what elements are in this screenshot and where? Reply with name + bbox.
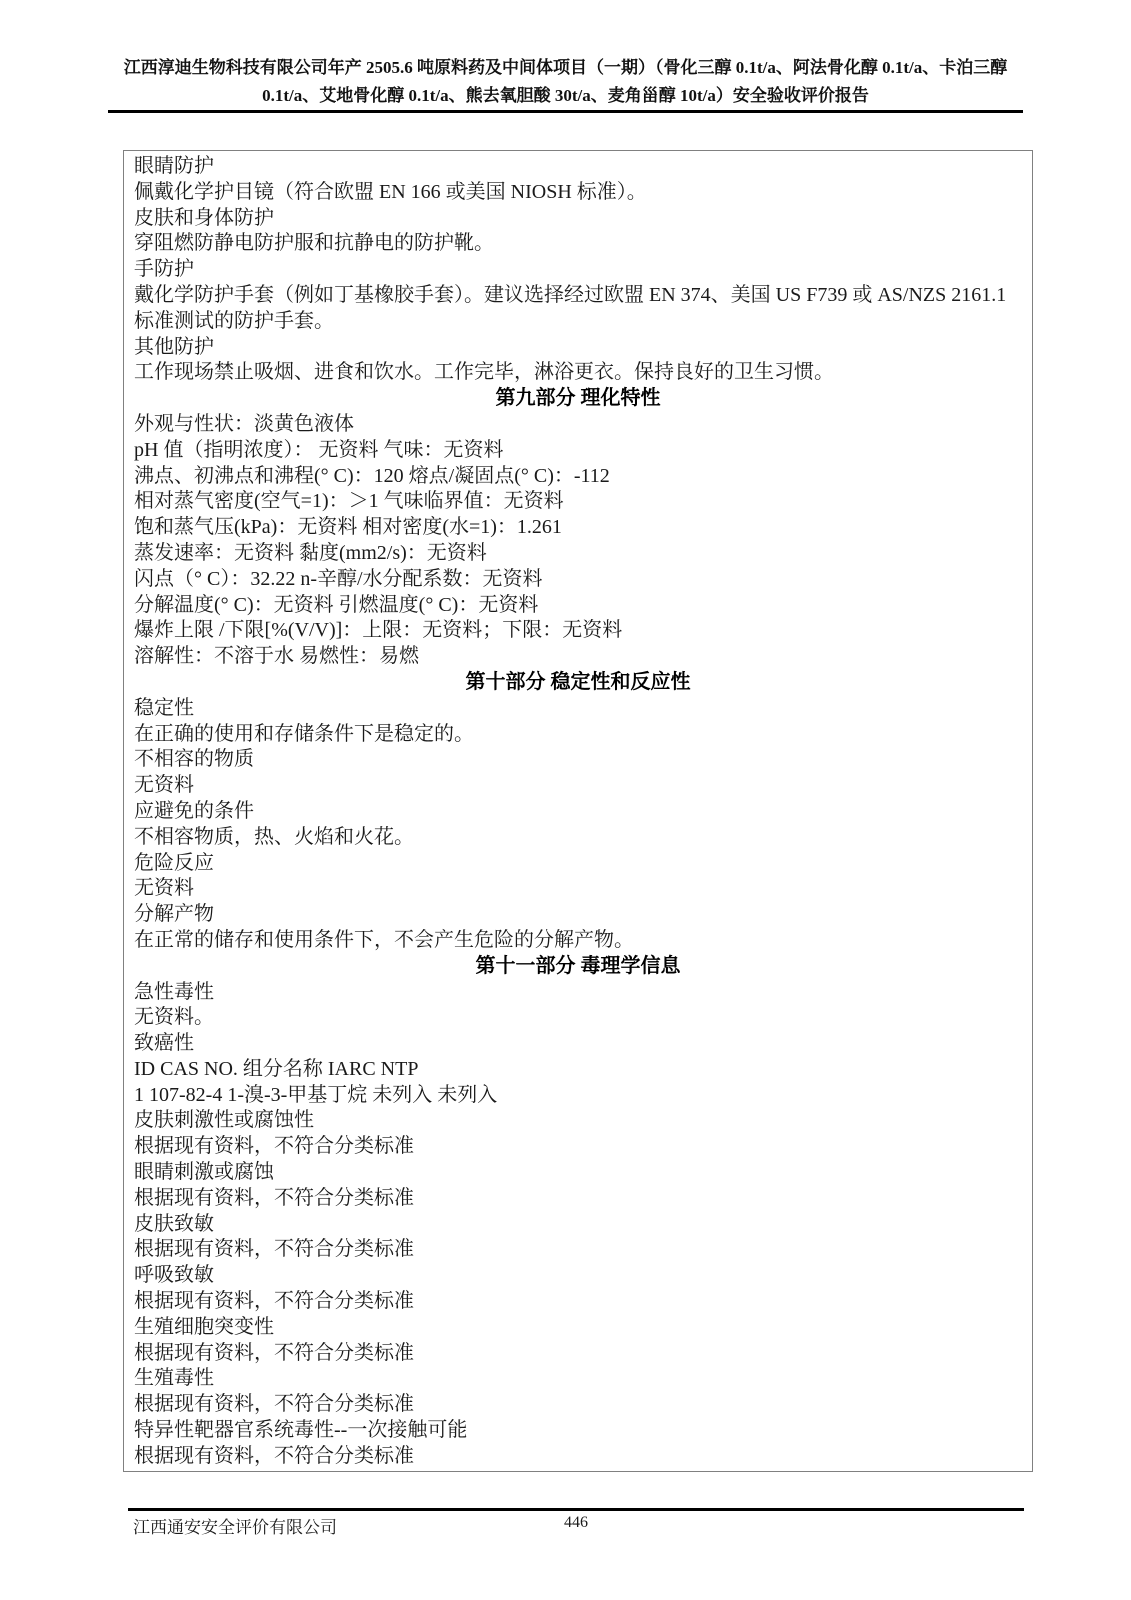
page-number: 446 xyxy=(128,1514,1024,1532)
document-line: 根据现有资料，不符合分类标准 xyxy=(134,1186,1022,1212)
document-line: 分解温度(° C)：无资料 引燃温度(° C)：无资料 xyxy=(134,593,1022,619)
document-line: 皮肤刺激性或腐蚀性 xyxy=(134,1108,1022,1134)
document-line: 标准测试的防护手套。 xyxy=(134,309,1022,335)
document-line: 稳定性 xyxy=(134,696,1022,722)
document-line: 皮肤致敏 xyxy=(134,1212,1022,1238)
document-line: 无资料 xyxy=(134,773,1022,799)
document-line: 饱和蒸气压(kPa)：无资料 相对密度(水=1)：1.261 xyxy=(134,515,1022,541)
document-line: 无资料 xyxy=(134,876,1022,902)
document-line: 戴化学防护手套（例如丁基橡胶手套）。建议选择经过欧盟 EN 374、美国 US … xyxy=(134,283,1022,309)
section-heading: 第九部分 理化特性 xyxy=(134,386,1022,412)
document-line: 根据现有资料，不符合分类标准 xyxy=(134,1341,1022,1367)
document-line: 根据现有资料，不符合分类标准 xyxy=(134,1237,1022,1263)
document-line: 分解产物 xyxy=(134,902,1022,928)
report-title: 江西淳迪生物科技有限公司年产 2505.6 吨原料药及中间体项目（一期）（骨化三… xyxy=(108,54,1023,110)
report-title-line-1: 江西淳迪生物科技有限公司年产 2505.6 吨原料药及中间体项目（一期）（骨化三… xyxy=(108,54,1023,82)
document-line: ID CAS NO. 组分名称 IARC NTP xyxy=(134,1057,1022,1083)
document-line: 溶解性：不溶于水 易燃性：易燃 xyxy=(134,644,1022,670)
document-line: 爆炸上限 /下限[%(V/V)]：上限：无资料；下限：无资料 xyxy=(134,618,1022,644)
document-line: 根据现有资料，不符合分类标准 xyxy=(134,1444,1022,1470)
document-line: 皮肤和身体防护 xyxy=(134,206,1022,232)
document-line: 呼吸致敏 xyxy=(134,1263,1022,1289)
document-line: 1 107-82-4 1-溴-3-甲基丁烷 未列入 未列入 xyxy=(134,1083,1022,1109)
document-line: 在正常的储存和使用条件下，不会产生危险的分解产物。 xyxy=(134,928,1022,954)
footer-rule xyxy=(128,1508,1024,1511)
document-line: 闪点（° C）：32.22 n-辛醇/水分配系数：无资料 xyxy=(134,567,1022,593)
section-heading: 第十一部分 毒理学信息 xyxy=(134,954,1022,980)
document-line: 眼睛刺激或腐蚀 xyxy=(134,1160,1022,1186)
document-line: 工作现场禁止吸烟、进食和饮水。工作完毕，淋浴更衣。保持良好的卫生习惯。 xyxy=(134,360,1022,386)
document-line: 在正确的使用和存储条件下是稳定的。 xyxy=(134,722,1022,748)
document-body: 眼睛防护佩戴化学护目镜（符合欧盟 EN 166 或美国 NIOSH 标准）。皮肤… xyxy=(123,150,1033,1472)
document-line: 根据现有资料，不符合分类标准 xyxy=(134,1392,1022,1418)
document-line: 根据现有资料，不符合分类标准 xyxy=(134,1134,1022,1160)
document-line: 应避免的条件 xyxy=(134,799,1022,825)
document-line: 致癌性 xyxy=(134,1031,1022,1057)
document-line: 根据现有资料，不符合分类标准 xyxy=(134,1289,1022,1315)
document-line: 穿阻燃防静电防护服和抗静电的防护靴。 xyxy=(134,231,1022,257)
document-line: 佩戴化学护目镜（符合欧盟 EN 166 或美国 NIOSH 标准）。 xyxy=(134,180,1022,206)
document-line: 不相容的物质 xyxy=(134,747,1022,773)
document-line: 外观与性状：淡黄色液体 xyxy=(134,412,1022,438)
document-line: 沸点、初沸点和沸程(° C)：120 熔点/凝固点(° C)：-112 xyxy=(134,464,1022,490)
document-line: pH 值（指明浓度）： 无资料 气味：无资料 xyxy=(134,438,1022,464)
document-line: 眼睛防护 xyxy=(134,154,1022,180)
section-heading: 第十部分 稳定性和反应性 xyxy=(134,670,1022,696)
document-line: 不相容物质，热、火焰和火花。 xyxy=(134,825,1022,851)
report-title-line-2: 0.1t/a、艾地骨化醇 0.1t/a、熊去氧胆酸 30t/a、麦角甾醇 10t… xyxy=(108,82,1023,110)
document-line: 手防护 xyxy=(134,257,1022,283)
document-page: 江西淳迪生物科技有限公司年产 2505.6 吨原料药及中间体项目（一期）（骨化三… xyxy=(0,0,1131,1600)
document-line: 特异性靶器官系统毒性--一次接触可能 xyxy=(134,1418,1022,1444)
document-line: 生殖细胞突变性 xyxy=(134,1315,1022,1341)
document-line: 无资料。 xyxy=(134,1005,1022,1031)
document-line: 危险反应 xyxy=(134,851,1022,877)
document-line: 蒸发速率：无资料 黏度(mm2/s)：无资料 xyxy=(134,541,1022,567)
document-line: 生殖毒性 xyxy=(134,1366,1022,1392)
document-line: 其他防护 xyxy=(134,335,1022,361)
header-rule xyxy=(108,110,1023,113)
document-line: 急性毒性 xyxy=(134,980,1022,1006)
document-line: 相对蒸气密度(空气=1)：＞1 气味临界值：无资料 xyxy=(134,489,1022,515)
